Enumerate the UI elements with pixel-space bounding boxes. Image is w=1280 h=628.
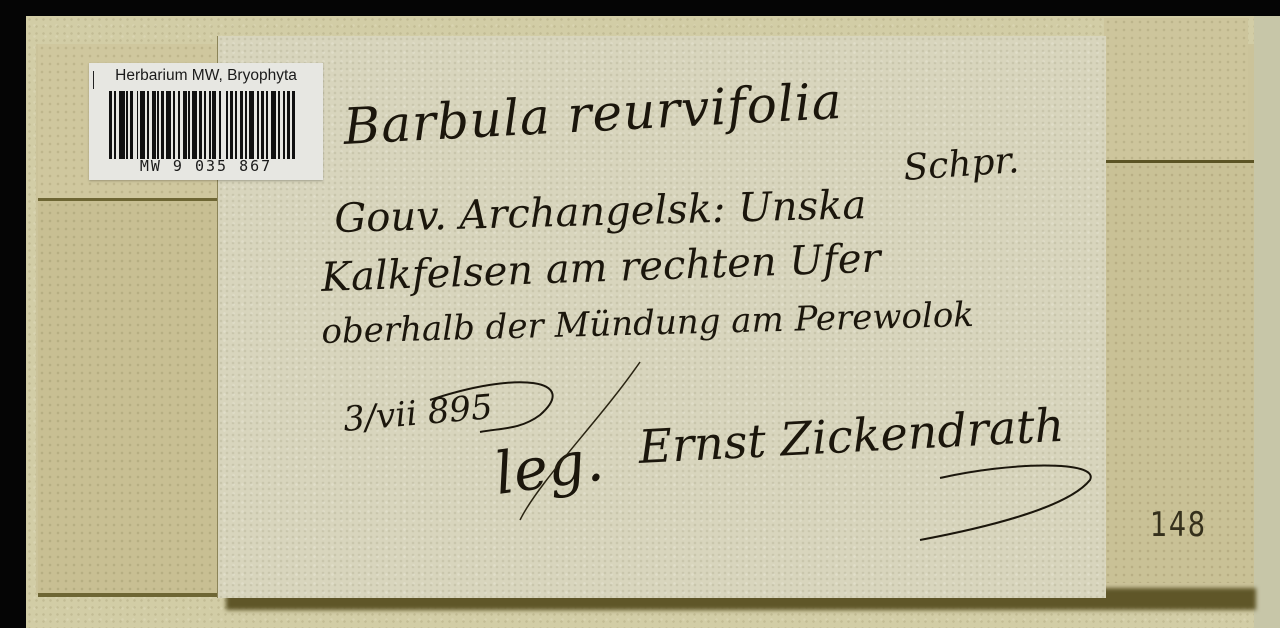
barcode-label: Herbarium MW, Bryophyta MW 9 035 867	[89, 63, 323, 180]
catalog-number: MW 9 035 867	[89, 157, 323, 175]
barcode	[109, 91, 301, 159]
packet-number-annotation: 148	[1150, 505, 1207, 545]
institution-name: Herbarium MW, Bryophyta	[89, 67, 323, 85]
